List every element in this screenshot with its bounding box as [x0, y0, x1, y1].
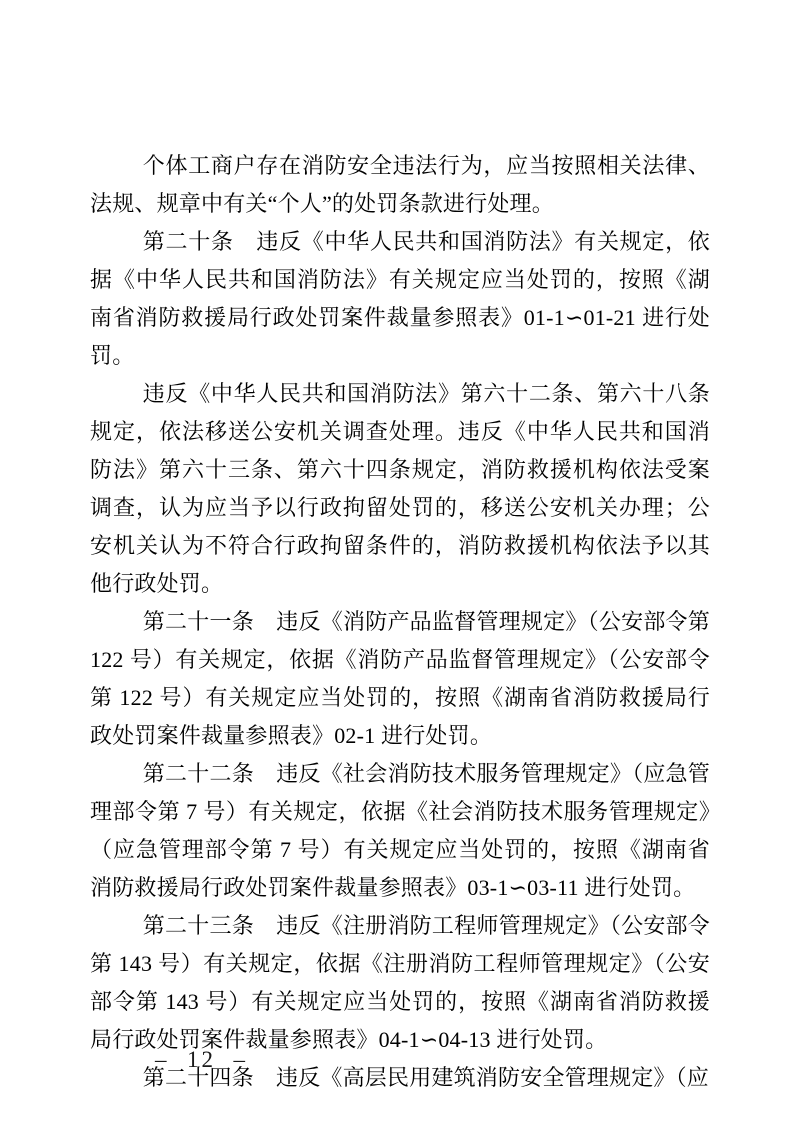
para-article-20: 第二十条 违反《中华人民共和国消防法》有关规定，依据《中华人民共和国消防法》有关… [90, 223, 710, 375]
page-number: – 12 – [155, 1047, 248, 1072]
para-article-22: 第二十二条 违反《社会消防技术服务管理规定》（应急管理部令第 7 号）有关规定，… [90, 755, 710, 907]
document-body: 个体工商户存在消防安全违法行为，应当按照相关法律、法规、规章中有关“个人”的处罚… [90, 147, 710, 1097]
para-individual-business-households: 个体工商户存在消防安全违法行为，应当按照相关法律、法规、规章中有关“个人”的处罚… [90, 147, 710, 223]
para-article-20-continued: 违反《中华人民共和国消防法》第六十二条、第六十八条规定，依法移送公安机关调查处理… [90, 375, 710, 603]
page-footer: – 12 – [120, 1018, 248, 1102]
document-page: 个体工商户存在消防安全违法行为，应当按照相关法律、法规、规章中有关“个人”的处罚… [0, 0, 793, 1122]
para-article-21: 第二十一条 违反《消防产品监督管理规定》（公安部令第 122 号）有关规定，依据… [90, 603, 710, 755]
